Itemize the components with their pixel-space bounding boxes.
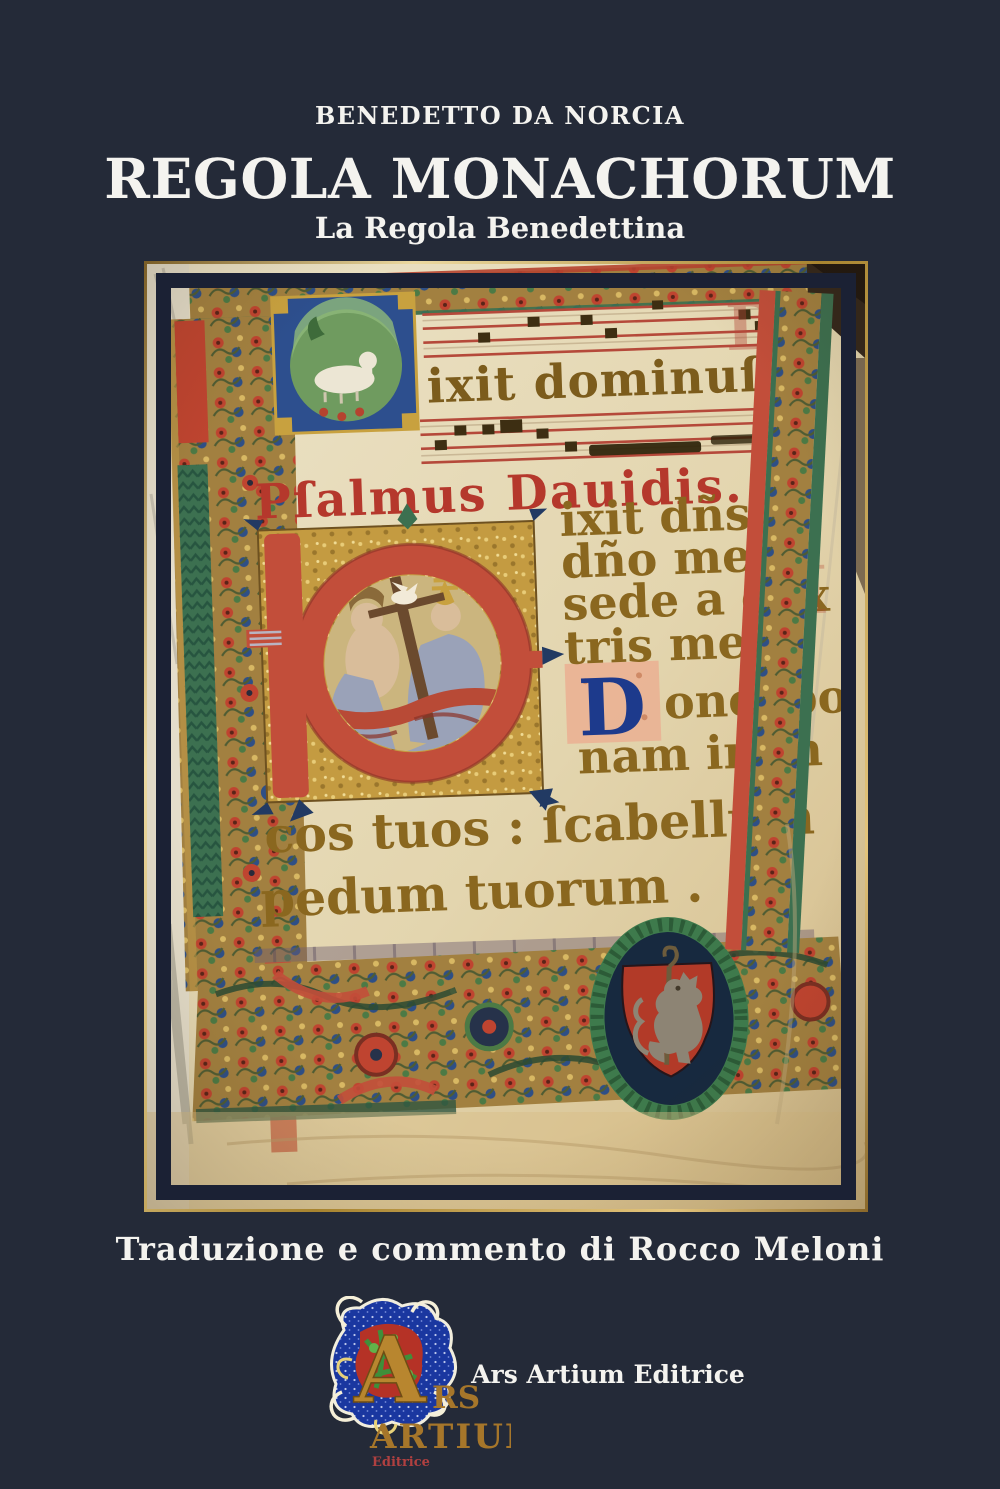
book-subtitle: La Regola Benedettina xyxy=(0,211,1000,245)
publisher-logo: A RS ARTIUM Editrice xyxy=(316,1296,511,1488)
book-cover: BENEDETTO DA NORCIA REGOLA MONACHORUM La… xyxy=(0,0,1000,1489)
logo-editrice: Editrice xyxy=(372,1455,430,1470)
manuscript-photo: D ixit dominuſ. Pſalmus Dauidis. xyxy=(147,264,865,1209)
publisher-name: Ars Artium Editrice xyxy=(458,1360,758,1389)
translator-credit: Traduzione e commento di Rocco Meloni xyxy=(0,1230,1000,1268)
author-name: BENEDETTO DA NORCIA xyxy=(0,101,1000,130)
book-title: REGOLA MONACHORUM xyxy=(0,146,1000,211)
manuscript-photo-frame: D ixit dominuſ. Pſalmus Dauidis. xyxy=(144,261,868,1212)
ars-artium-logo-art: A RS ARTIUM Editrice xyxy=(316,1296,511,1488)
logo-initial: A xyxy=(353,1316,427,1424)
illuminated-manuscript-art: D ixit dominuſ. Pſalmus Dauidis. xyxy=(147,264,865,1209)
logo-artium: ARTIUM xyxy=(369,1417,511,1457)
